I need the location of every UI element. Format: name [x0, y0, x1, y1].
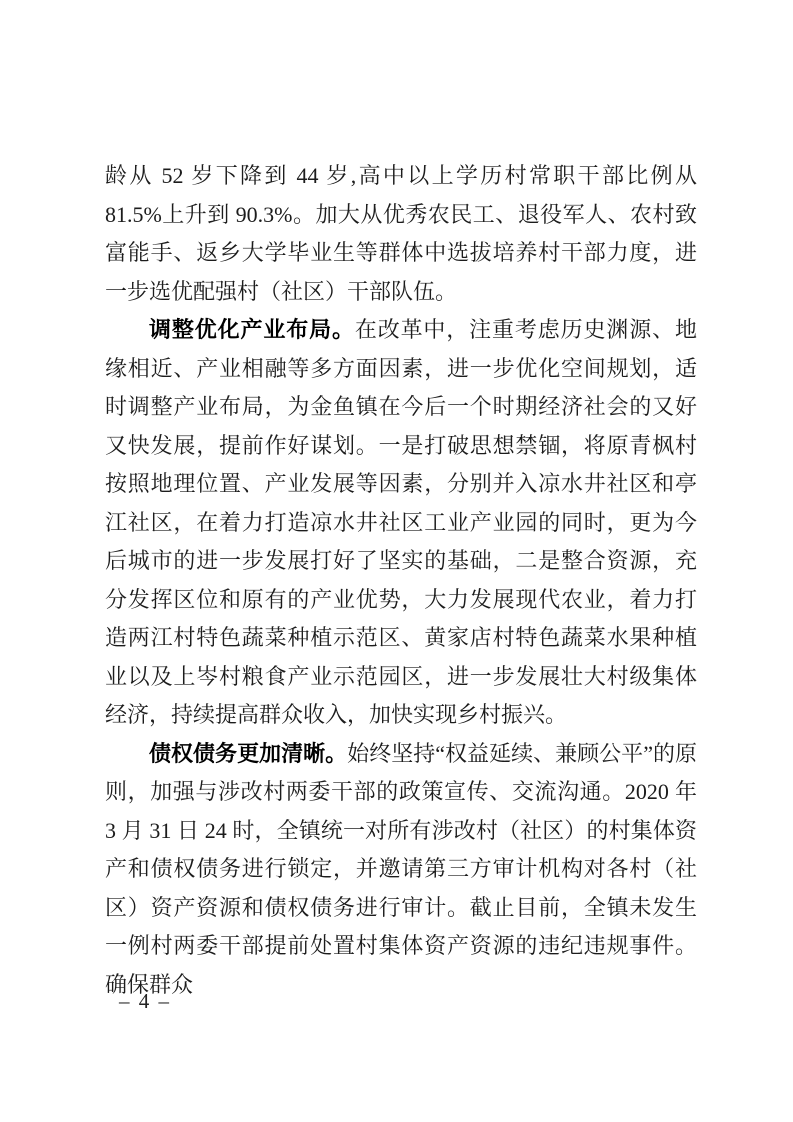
- document-page: 龄从 52 岁下降到 44 岁,高中以上学历村常职干部比例从 81.5%上升到 …: [0, 0, 793, 1122]
- paragraph: 龄从 52 岁下降到 44 岁,高中以上学历村常职干部比例从 81.5%上升到 …: [105, 157, 697, 311]
- document-body: 龄从 52 岁下降到 44 岁,高中以上学历村常职干部比例从 81.5%上升到 …: [105, 157, 697, 1004]
- page-number: – 4 –: [119, 989, 171, 1013]
- paragraph: 调整优化产业布局。在改革中，注重考虑历史渊源、地缘相近、产业相融等多方面因素，进…: [105, 311, 697, 735]
- paragraph-lead: 债权债务更加清晰。: [149, 741, 347, 766]
- paragraph: 债权债务更加清晰。始终坚持“权益延续、兼顾公平”的原则，加强与涉改村两委干部的政…: [105, 735, 697, 1005]
- paragraph-lead: 调整优化产业布局。: [149, 317, 355, 342]
